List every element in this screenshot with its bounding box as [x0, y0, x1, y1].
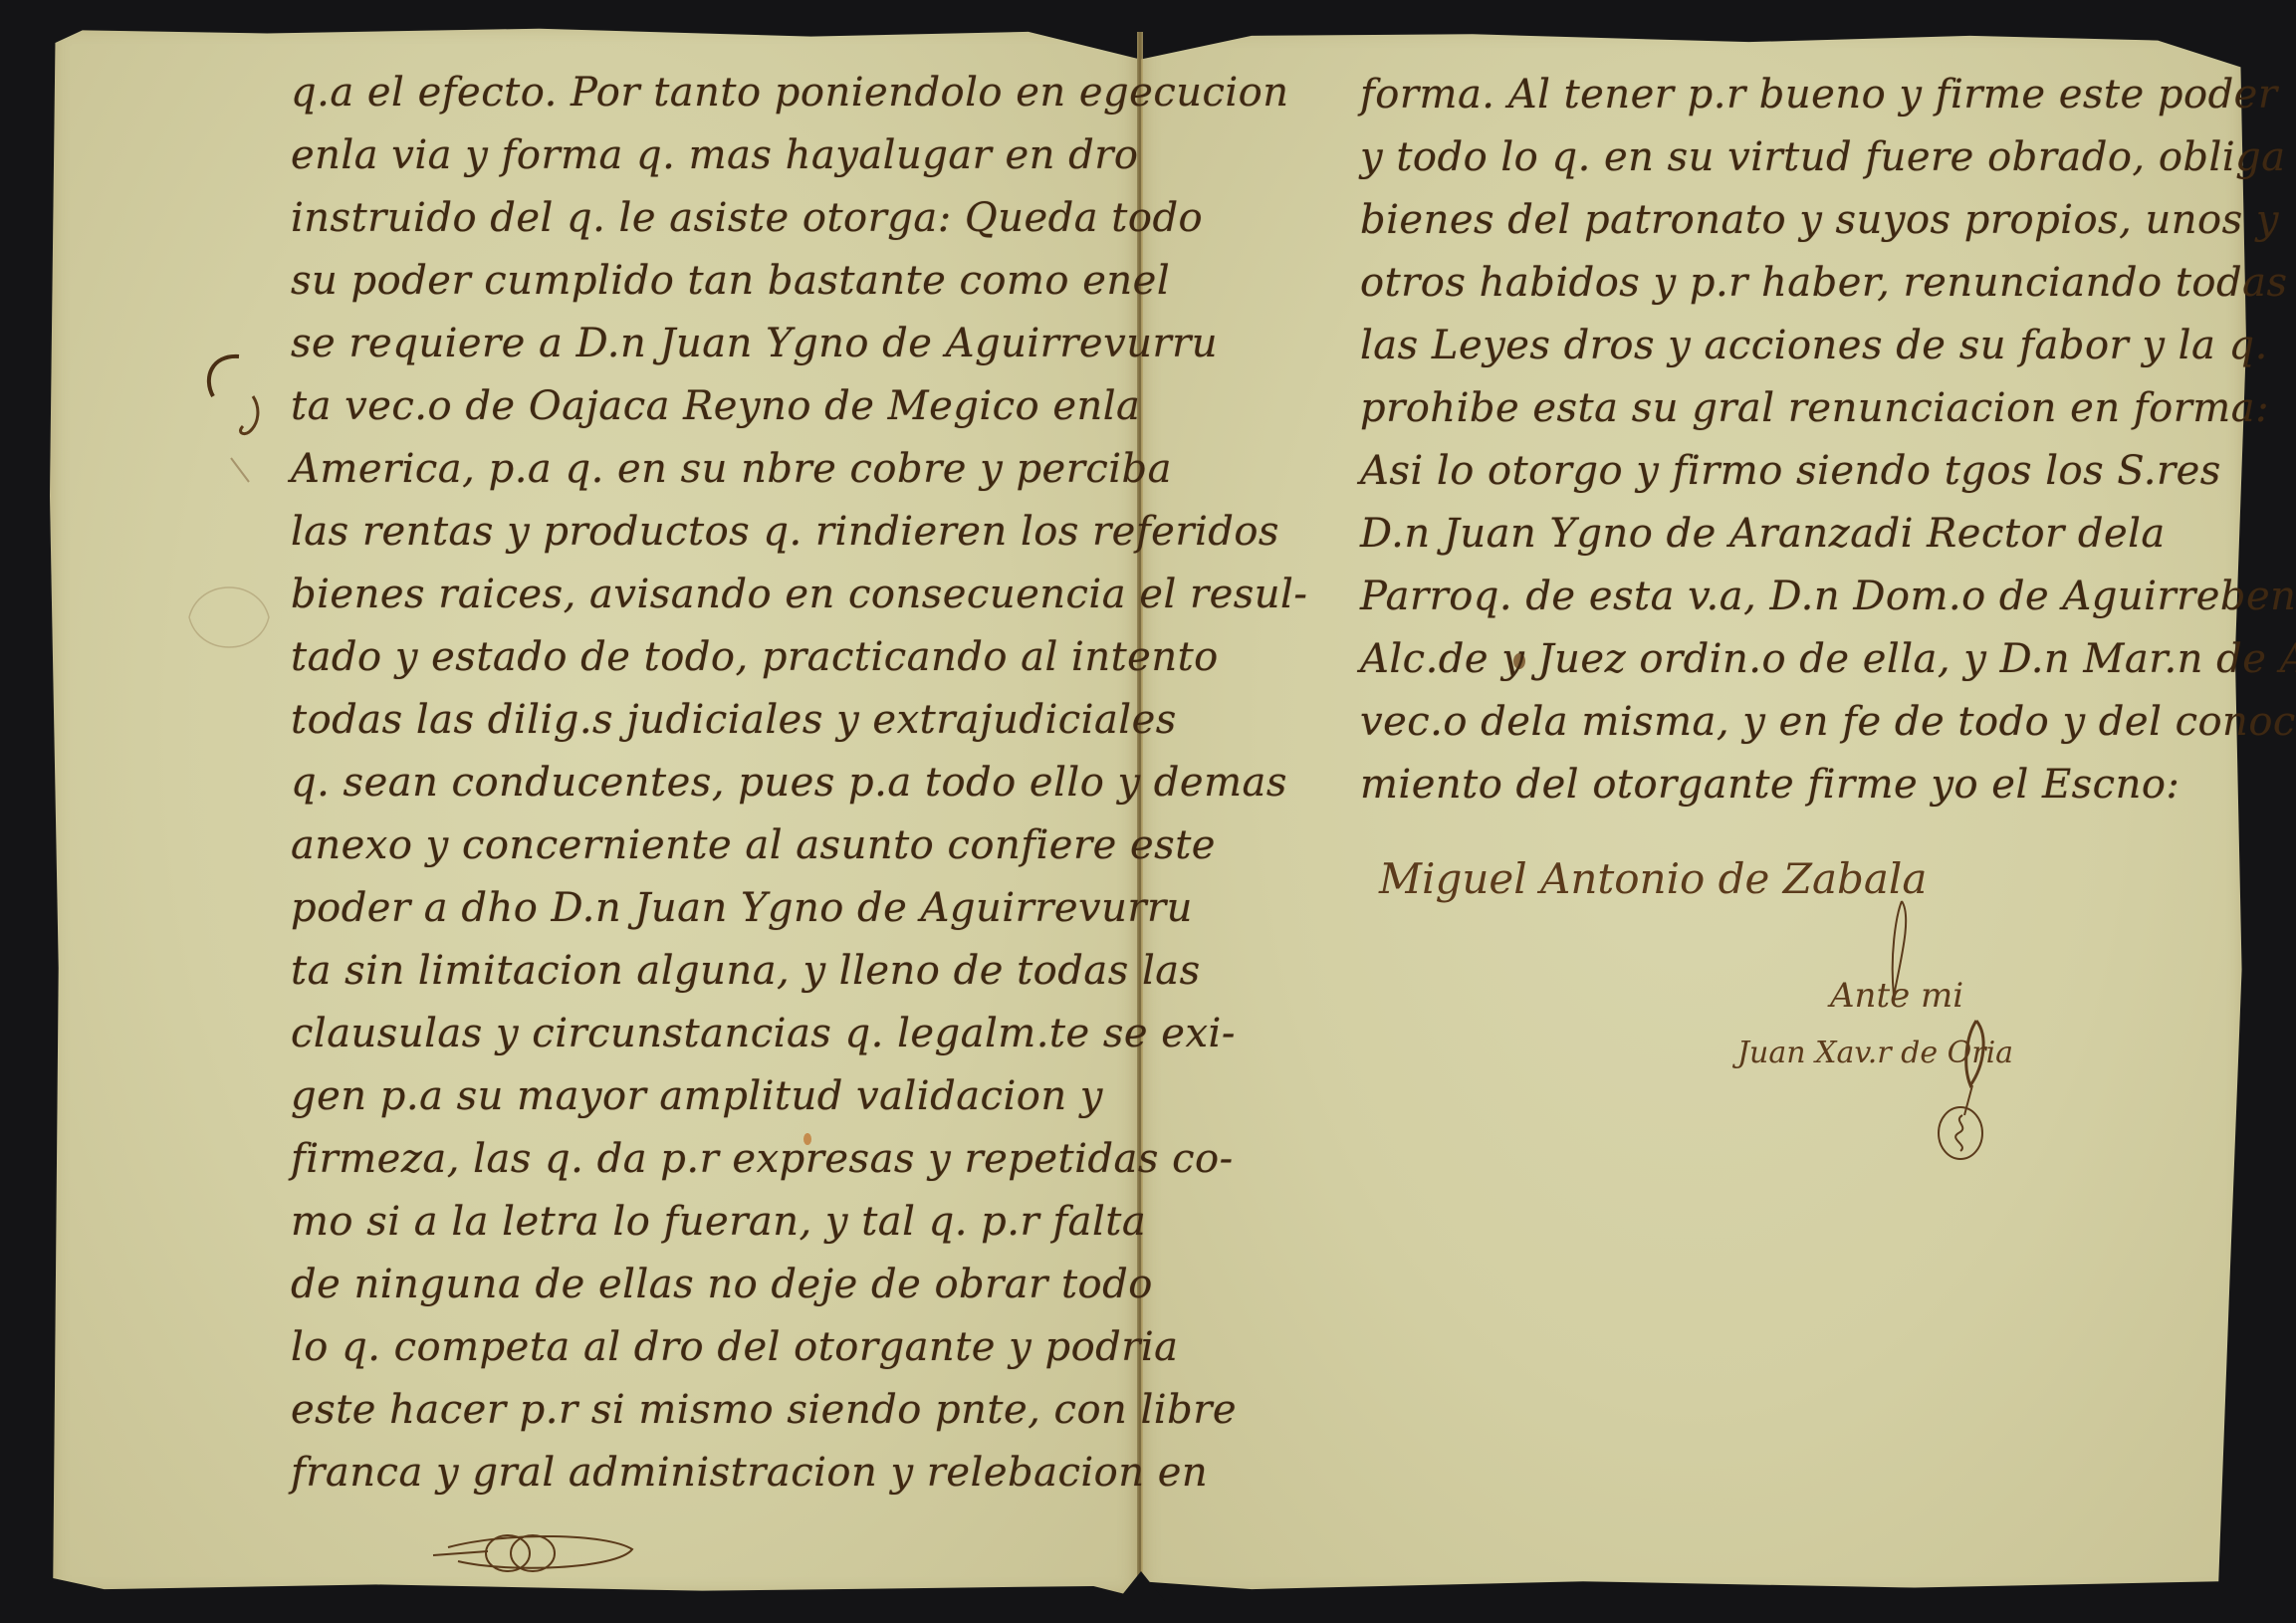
text-line: prohibe esta su gral renunciacion en for…	[1360, 385, 2269, 431]
text-line: las Leyes dros y acciones de su fabor y …	[1360, 323, 2268, 368]
text-line: poder a dho D.n Juan Ygno de Aguirrevurr…	[291, 885, 1193, 931]
text-line: firmeza, las q. da p.r expresas y repeti…	[291, 1136, 1234, 1182]
text-line: gen p.a su mayor amplitud validacion y	[291, 1073, 1103, 1119]
text-line: ta vec.o de Oajaca Reyno de Megico enla	[291, 383, 1140, 429]
grantor-signature: Miguel Antonio de Zabala	[1379, 854, 1927, 903]
manuscript-spread: q.a el efecto. Por tanto poniendolo en e…	[0, 0, 2296, 1623]
ink-stain	[804, 1133, 811, 1145]
attestation-text: Ante mi	[1830, 976, 1963, 1016]
text-line: clausulas y circunstancias q. legalm.te …	[291, 1011, 1236, 1056]
text-line: vec.o dela misma, y en fe de todo y del …	[1360, 699, 2296, 745]
text-line: Alc.de y Juez ordin.o de ella, y D.n Mar…	[1360, 636, 2296, 682]
text-line: forma. Al tener p.r bueno y firme este p…	[1360, 72, 2277, 117]
notary-rubric-icon	[1927, 1016, 2006, 1165]
text-line: miento del otorgante firme yo el Escno:	[1360, 762, 2180, 808]
text-line: todas las dilig.s judiciales y extrajudi…	[291, 697, 1177, 743]
text-line: su poder cumplido tan bastante como enel	[291, 258, 1170, 304]
text-line: bienes raices, avisando en consecuencia …	[291, 572, 1307, 617]
text-line: Parroq. de esta v.a, D.n Dom.o de Aguirr…	[1360, 574, 2296, 619]
margin-flourish-icon	[191, 348, 281, 488]
text-line: lo q. competa al dro del otorgante y pod…	[291, 1324, 1179, 1370]
fold-notch	[1117, 1571, 1165, 1601]
text-line: q. sean conducentes, pues p.a todo ello …	[291, 760, 1287, 806]
text-line: las rentas y productos q. rindieren los …	[291, 509, 1279, 555]
text-line: ta sin limitacion alguna, y lleno de tod…	[291, 948, 1201, 994]
text-line: otros habidos y p.r haber, renunciando t…	[1360, 260, 2287, 306]
text-line: franca y gral administracion y relebacio…	[291, 1450, 1208, 1496]
text-line: Asi lo otorgo y firmo siendo tgos los S.…	[1360, 448, 2221, 494]
faint-annotation-icon	[179, 558, 289, 677]
text-line: y todo lo q. en su virtud fuere obrado, …	[1360, 134, 2296, 180]
text-line: bienes del patronato y suyos propios, un…	[1360, 197, 2279, 243]
text-line: q.a el efecto. Por tanto poniendolo en e…	[291, 70, 1289, 116]
text-line: tado y estado de todo, practicando al in…	[291, 634, 1219, 680]
text-line: anexo y concerniente al asunto confiere …	[291, 822, 1216, 868]
text-line: se requiere a D.n Juan Ygno de Aguirrevu…	[291, 321, 1218, 366]
text-line: D.n Juan Ygno de Aranzadi Rector dela	[1360, 511, 2166, 557]
text-line: instruido del q. le asiste otorga: Queda…	[291, 195, 1203, 241]
text-line: mo si a la letra lo fueran, y tal q. p.r…	[291, 1199, 1146, 1245]
closing-rubric-icon	[428, 1523, 647, 1583]
text-line: de ninguna de ellas no deje de obrar tod…	[291, 1262, 1153, 1307]
text-line: este hacer p.r si mismo siendo pnte, con…	[291, 1387, 1237, 1433]
text-line: enla via y forma q. mas hayalugar en dro	[291, 132, 1138, 178]
text-line: America, p.a q. en su nbre cobre y perci…	[291, 446, 1172, 492]
